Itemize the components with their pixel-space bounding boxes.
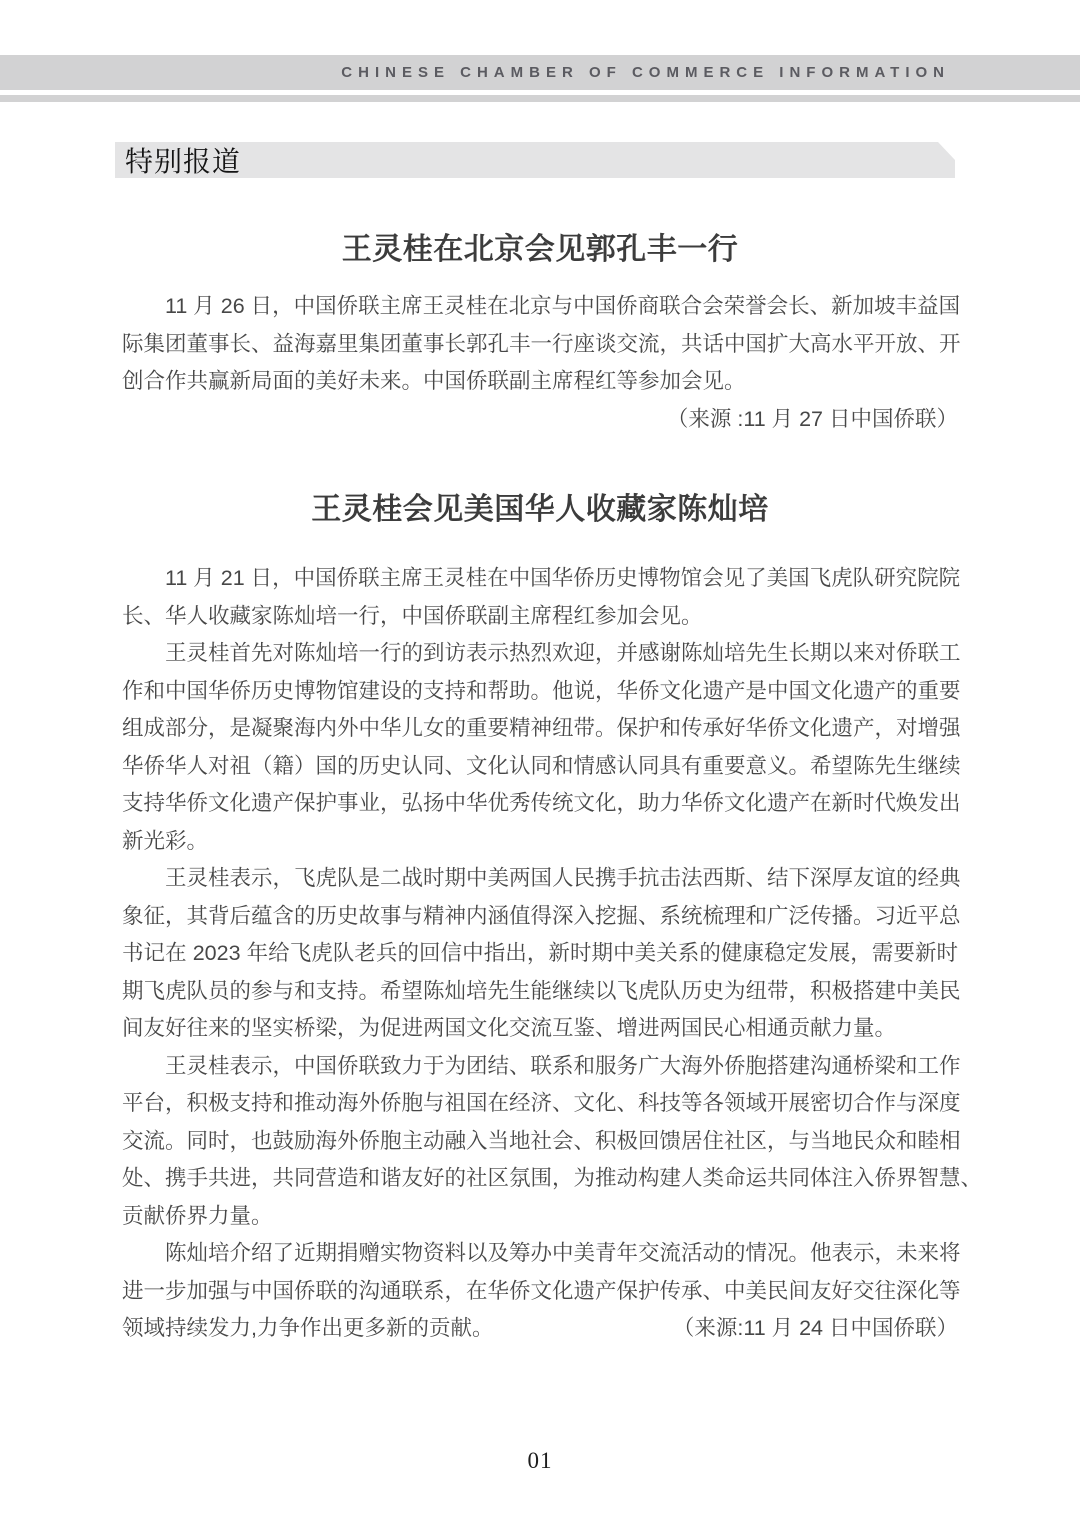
source-line: （来源:11 月 24 日中国侨联） xyxy=(673,1310,958,1348)
text-line: 支持华侨文化遗产保护事业，弘扬中华优秀传统文化，助力华侨文化遗产在新时代焕发出 xyxy=(122,785,958,823)
text-line: 平台，积极支持和推动海外侨胞与祖国在经济、文化、科技等各领域开展密切合作与深度 xyxy=(122,1085,958,1123)
text-line: 王灵桂表示，飞虎队是二战时期中美两国人民携手抗击法西斯、结下深厚友谊的经典 xyxy=(122,860,958,898)
text-line: 作和中国华侨历史博物馆建设的支持和帮助。他说，华侨文化遗产是中国文化遗产的重要 xyxy=(122,673,958,711)
text-line: 华侨华人对祖（籍）国的历史认同、文化认同和情感认同具有重要意义。希望陈先生继续 xyxy=(122,748,958,786)
text-line: 期飞虎队员的参与和支持。希望陈灿培先生能继续以飞虎队历史为纽带，积极搭建中美民 xyxy=(122,973,958,1011)
text-line: 创合作共赢新局面的美好未来。中国侨联副主席程红等参加会见。 xyxy=(122,363,958,401)
text-line: 交流。同时，也鼓励海外侨胞主动融入当地社会、积极回馈居住社区，与当地民众和睦相 xyxy=(122,1123,958,1161)
text-line: 间友好往来的坚实桥梁，为促进两国文化交流互鉴、增进两国民心相通贡献力量。 xyxy=(122,1010,958,1048)
text-line: 新光彩。 xyxy=(122,823,958,861)
text-line: 际集团董事长、益海嘉里集团董事长郭孔丰一行座谈交流，共话中国扩大高水平开放、开 xyxy=(122,326,958,364)
document-page: CHINESE CHAMBER OF COMMERCE INFORMATION … xyxy=(0,0,1080,1525)
text-line: 11 月 21 日，中国侨联主席王灵桂在中国华侨历史博物馆会见了美国飞虎队研究院… xyxy=(122,560,958,598)
text-line: 陈灿培介绍了近期捐赠实物资料以及筹办中美青年交流活动的情况。他表示，未来将 xyxy=(122,1235,958,1273)
article-1-title: 王灵桂在北京会见郭孔丰一行 xyxy=(122,228,958,272)
section-banner: 特别报道 xyxy=(115,142,955,178)
text-line: 11 月 26 日，中国侨联主席王灵桂在北京与中国侨商联合会荣誉会长、新加坡丰益… xyxy=(122,288,958,326)
source-line: （来源 :11 月 27 日中国侨联） xyxy=(122,401,958,439)
text-line: 王灵桂表示，中国侨联致力于为团结、联系和服务广大海外侨胞搭建沟通桥梁和工作 xyxy=(122,1048,958,1086)
text-line: 书记在 2023 年给飞虎队老兵的回信中指出，新时期中美关系的健康稳定发展，需要… xyxy=(122,935,958,973)
text-line: 处、携手共进，共同营造和谐友好的社区氛围，为推动构建人类命运共同体注入侨界智慧、 xyxy=(122,1160,958,1198)
text-line: 领域持续发力,力争作出更多新的贡献。 xyxy=(122,1310,493,1348)
text-line: 王灵桂首先对陈灿培一行的到访表示热烈欢迎，并感谢陈灿培先生长期以来对侨联工 xyxy=(122,635,958,673)
text-line: 象征，其背后蕴含的历史故事与精神内涵值得深入挖掘、系统梳理和广泛传播。习近平总 xyxy=(122,898,958,936)
article-2-title: 王灵桂会见美国华人收藏家陈灿培 xyxy=(122,488,958,532)
article-1-body: 11 月 26 日，中国侨联主席王灵桂在北京与中国侨商联合会荣誉会长、新加坡丰益… xyxy=(122,288,958,438)
publication-name: CHINESE CHAMBER OF COMMERCE INFORMATION xyxy=(341,64,950,81)
text-line: 进一步加强与中国侨联的沟通联系，在华侨文化遗产保护传承、中美民间友好交往深化等 xyxy=(122,1273,958,1311)
page-content: 特别报道 王灵桂在北京会见郭孔丰一行 11 月 26 日，中国侨联主席王灵桂在北… xyxy=(0,142,1080,1348)
text-line: 贡献侨界力量。 xyxy=(122,1198,958,1236)
top-header-bar: CHINESE CHAMBER OF COMMERCE INFORMATION xyxy=(0,55,1080,90)
article-2: 王灵桂会见美国华人收藏家陈灿培 11 月 21 日，中国侨联主席王灵桂在中国华侨… xyxy=(122,488,958,1348)
page-number: 01 xyxy=(0,1448,1080,1474)
section-title: 特别报道 xyxy=(115,140,241,180)
text-line: 组成部分，是凝聚海内外中华儿女的重要精神纽带。保护和传承好华侨文化遗产，对增强 xyxy=(122,710,958,748)
article-1: 王灵桂在北京会见郭孔丰一行 11 月 26 日，中国侨联主席王灵桂在北京与中国侨… xyxy=(122,228,958,438)
text-line-with-source: 领域持续发力,力争作出更多新的贡献。 （来源:11 月 24 日中国侨联） xyxy=(122,1310,958,1348)
text-line: 长、华人收藏家陈灿培一行，中国侨联副主席程红参加会见。 xyxy=(122,598,958,636)
top-header-rule xyxy=(0,95,1080,102)
article-2-body: 11 月 21 日，中国侨联主席王灵桂在中国华侨历史博物馆会见了美国飞虎队研究院… xyxy=(122,560,958,1348)
